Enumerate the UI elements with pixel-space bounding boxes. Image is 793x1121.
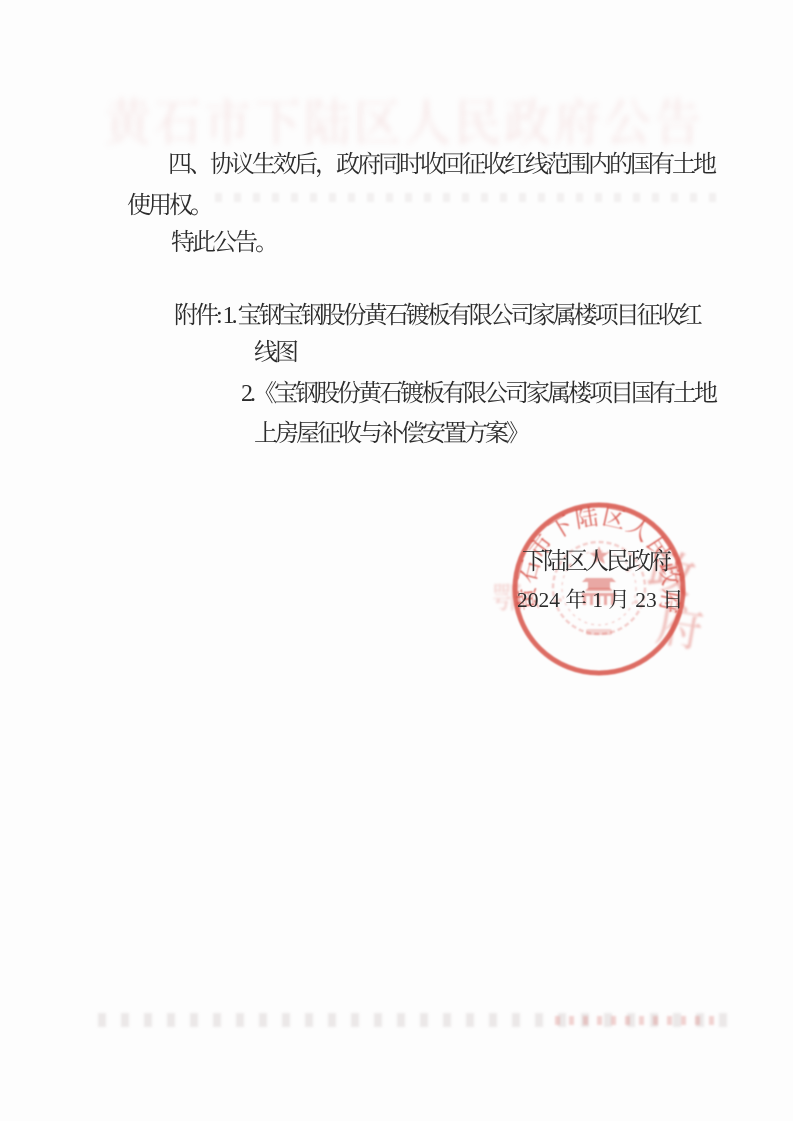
body-paragraph2: 特此公告。 (171, 230, 276, 256)
scan-noise-band-red (555, 1016, 720, 1025)
body-paragraph1-line2: 使用权。 (127, 193, 211, 219)
signature-name: 下陆区人民政府 (522, 549, 669, 575)
header-watermark-bleed: 黄石市下陆区人民政府公告 (104, 83, 724, 152)
attachment-line3: 2.《宝钢股份黄石镀板有限公司家属楼项目国有土地 (241, 381, 715, 407)
attachment-line4: 上房屋征收与补偿安置方案》 (254, 421, 527, 447)
scan-smudge (215, 193, 720, 202)
attachment-line2: 线图 (254, 340, 296, 366)
document-page: 黄石市下陆区人民政府公告 四、协议生效后，政府同时收回征收红线范围内的国有土地 … (0, 0, 793, 1121)
body-paragraph1-line1: 四、协议生效后，政府同时收回征收红线范围内的国有土地 (168, 152, 714, 178)
attachment-line1: 附件: 1. 宝钢宝钢股份黄石镀板有限公司家属楼项目征收红 (174, 303, 700, 329)
signature-date: 2024 年 1 月 23 日 (517, 587, 684, 613)
